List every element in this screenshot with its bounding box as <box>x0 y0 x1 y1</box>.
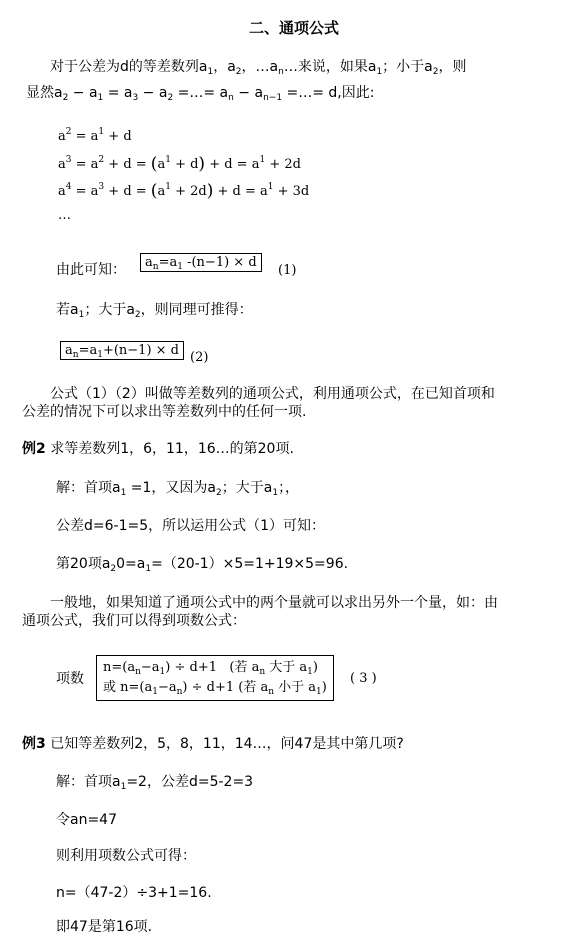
paragraph2-line-1: 一般地，如果知道了通项公式中的两个量就可以求出另外一个量，如：由 <box>50 594 498 612</box>
paragraph1-line-1: 公式（1）（2）叫做等差数列的通项公式，利用通项公式，在已知首项和 <box>50 385 495 403</box>
formula2-label: (2) <box>190 349 208 367</box>
formula1-lead: 由此可知： <box>56 261 126 279</box>
formula2-box: an=a1+(n−1) × d <box>60 341 184 360</box>
formula1-box: an=a1 -(n−1) × d <box>140 253 262 272</box>
example3-header: 例3 已知等差数列2，5，8，11，14…，问47是其中第几项? <box>22 735 404 753</box>
case2-text: 若a1；大于a2，则同理可推得： <box>56 301 253 319</box>
formula3-row-1: n=(an−a1) ÷ d+1 (若 an 大于 a1) <box>103 658 327 678</box>
example2-question: 求等差数列1，6，11，16…的第20项. <box>50 441 294 457</box>
example2-solution-3: 第20项a20=a1=（20-1）×5=1+19×5=96. <box>56 555 348 573</box>
example2-solution-2: 公差d=6-1=5，所以运用公式（1）可知： <box>56 517 325 535</box>
formula3-box: n=(an−a1) ÷ d+1 (若 an 大于 a1) 或 n=(a1−an)… <box>96 655 334 701</box>
example3-solution-5: 即47是第16项. <box>56 918 152 936</box>
intro-line-1: 对于公差为d的等差数列a1，a2，…an…来说，如果a1；小于a2，则 <box>50 58 467 76</box>
example3-label: 例3 <box>22 736 46 752</box>
derivation-line-2: a3 = a2 + d = (a1 + d) + d = a1 + 2d <box>58 155 301 174</box>
formula3-label: ( 3 ) <box>350 670 377 688</box>
example2-label: 例2 <box>22 441 46 457</box>
derivation-ellipsis: … <box>58 207 71 225</box>
derivation-line-1: a2 = a1 + d <box>58 128 132 146</box>
example3-solution-1: 解：首项a1=2，公差d=5-2=3 <box>56 773 253 791</box>
example3-question: 已知等差数列2，5，8，11，14…，问47是其中第几项? <box>50 736 404 752</box>
formula1-label: (1) <box>278 262 296 280</box>
example3-solution-2: 令an=47 <box>56 811 117 829</box>
formula3-row-2: 或 n=(a1−an) ÷ d+1 (若 an 小于 a1) <box>103 678 327 698</box>
formula3-lead: 项数 <box>56 670 84 688</box>
paragraph2-line-2: 通项公式，我们可以得到项数公式： <box>22 612 246 630</box>
derivation-line-3: a4 = a3 + d = (a1 + 2d) + d = a1 + 3d <box>58 182 309 201</box>
intro-line-2: 显然a2 − a1 = a3 − a2 =…= an − an−1 =…= d,… <box>26 84 374 102</box>
example3-solution-3: 则利用项数公式可得： <box>56 847 196 865</box>
example2-solution-1: 解：首项a1 =1，又因为a2；大于a1；， <box>56 479 299 497</box>
example2-header: 例2 求等差数列1，6，11，16…的第20项. <box>22 440 294 458</box>
section-title: 二、通项公式 <box>249 19 339 37</box>
paragraph1-line-2: 公差的情况下可以求出等差数列中的任何一项. <box>22 403 306 421</box>
example3-solution-4: n=（47-2）÷3+1=16. <box>56 884 212 902</box>
